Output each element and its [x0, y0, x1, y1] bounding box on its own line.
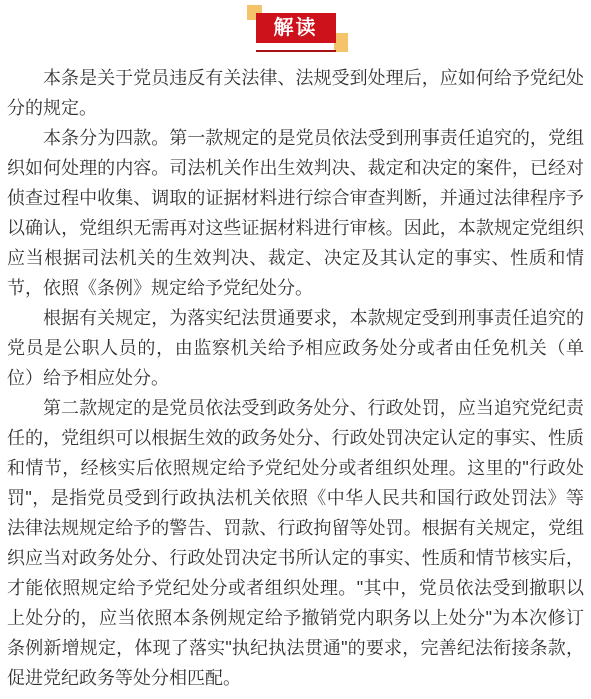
section-title: 解读 [256, 13, 336, 43]
article-paragraph: 本条是关于党员违反有关法律、法规受到处理后，应如何给予党纪处分的规定。 [7, 63, 584, 123]
section-title-badge: 解读 [256, 13, 336, 43]
decor-square-bottom-right-icon [334, 33, 348, 52]
article-paragraph: 第二款规定的是党员依法受到政务处分、行政处罚，应当追究党纪责任的，党组织可以根据… [7, 393, 584, 693]
article-paragraph: 根据有关规定，为落实纪法贯通要求，本款规定受到刑事责任追究的党员是公职人员的，由… [7, 303, 584, 393]
section-header: 解读 [0, 0, 591, 52]
article-body: 本条是关于党员违反有关法律、法规受到处理后，应如何给予党纪处分的规定。 本条分为… [7, 63, 584, 693]
title-underline [256, 50, 336, 52]
article-paragraph: 本条分为四款。第一款规定的是党员依法受到刑事责任追究的，党组织如何处理的内容。司… [7, 123, 584, 303]
